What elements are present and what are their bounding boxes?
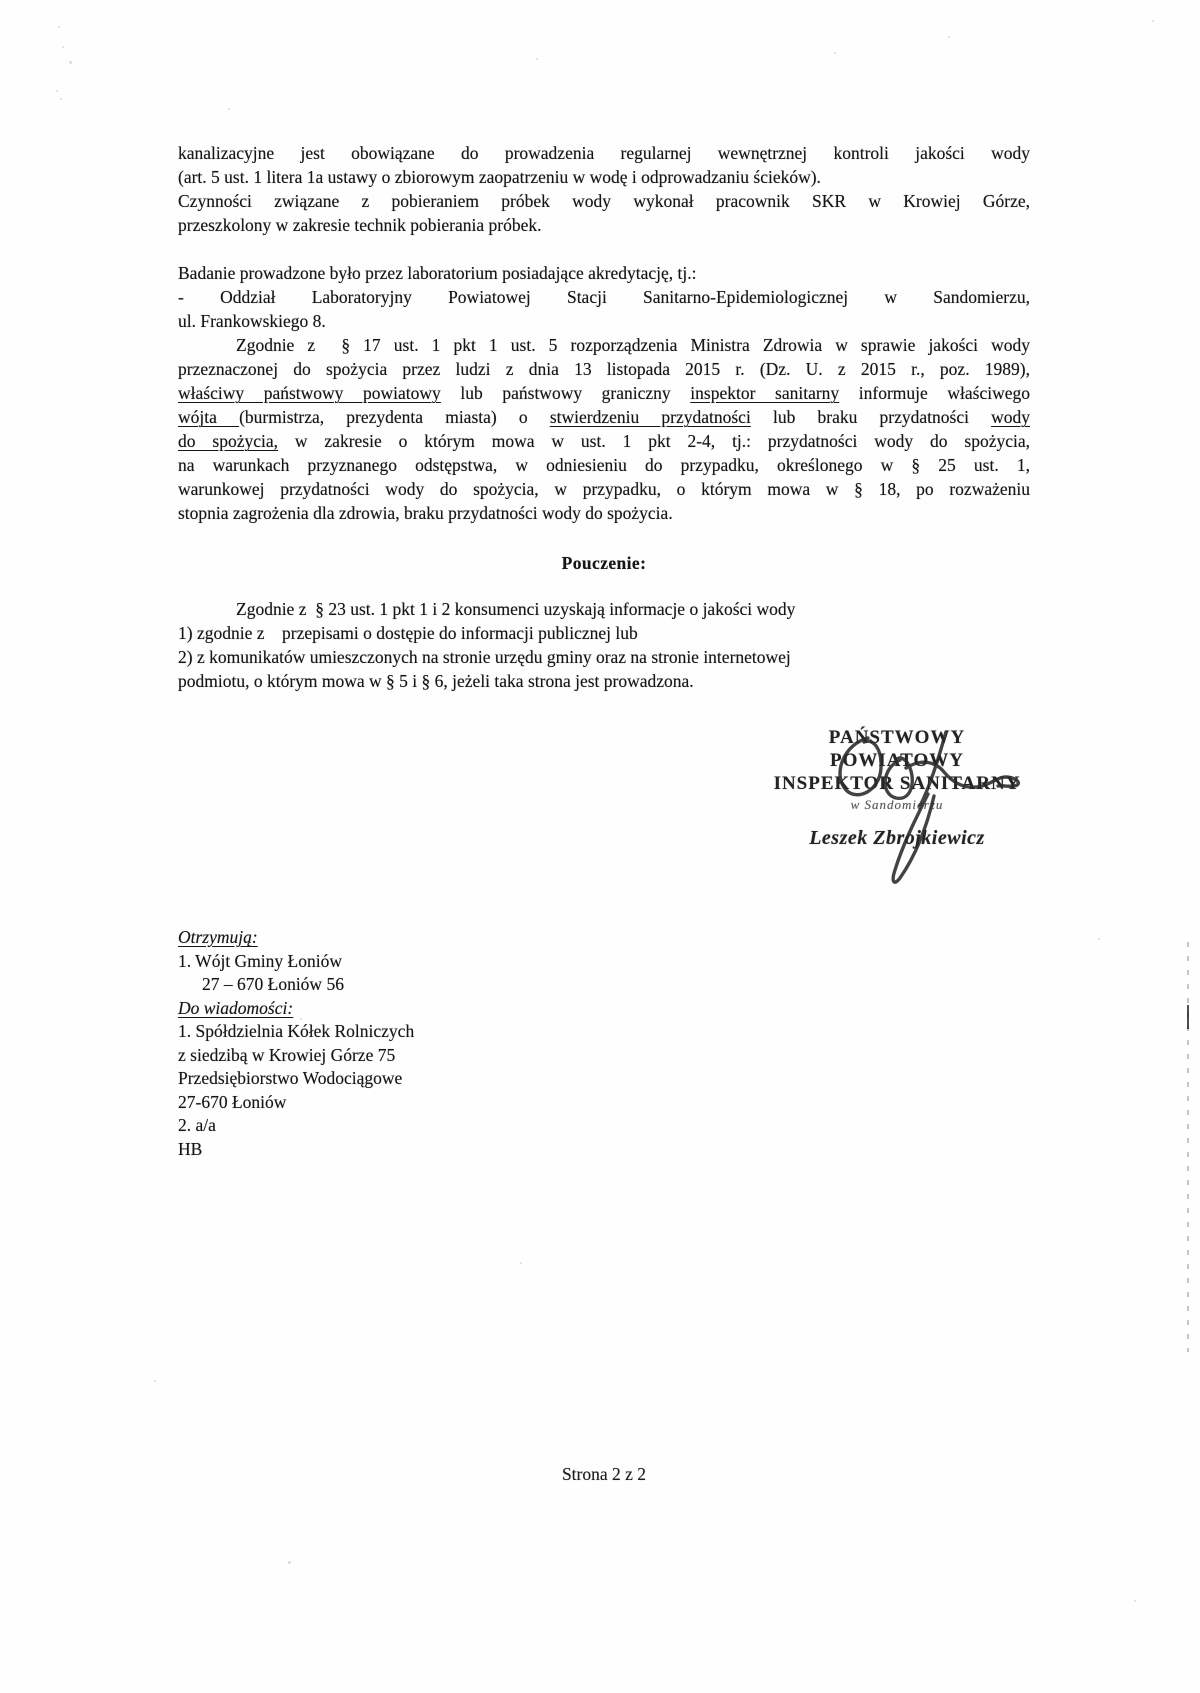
scan-artifact-mark — [1187, 1005, 1189, 1029]
text-segment: Zgodnie z § 23 ust. 1 pkt 1 i 2 konsumen… — [236, 599, 795, 619]
text-segment: stopnia zagrożenia dla zdrowia, braku pr… — [178, 503, 673, 523]
paragraph: Badanie prowadzone było przez laboratori… — [178, 261, 1030, 333]
paragraph: kanalizacyjne jest obowiązane do prowadz… — [178, 141, 1030, 237]
text-segment: warunkowej przydatności wody do spożycia… — [178, 479, 1030, 499]
scan-speck — [62, 46, 64, 48]
text-segment: lub braku przydatności — [751, 407, 991, 427]
recipient-line: 1. Spółdzielnia Kółek Rolniczych — [178, 1020, 414, 1044]
scan-speck — [228, 108, 230, 110]
text-segment: - Oddział Laboratoryjny Powiatowej Stacj… — [178, 287, 1030, 307]
text-line: Badanie prowadzone było przez laboratori… — [178, 261, 1030, 285]
text-line: kanalizacyjne jest obowiązane do prowadz… — [178, 141, 1030, 165]
paragraph: Zgodnie z § 17 ust. 1 pkt 1 ust. 5 rozpo… — [178, 333, 1030, 525]
page-number: Strona 2 z 2 — [0, 1464, 1200, 1485]
scan-speck — [1098, 938, 1100, 940]
text-line: Zgodnie z § 17 ust. 1 pkt 1 ust. 5 rozpo… — [178, 333, 1030, 357]
text-segment: Badanie prowadzone było przez laboratori… — [178, 263, 696, 283]
recipient-section-heading: Do wiadomości: — [178, 997, 414, 1021]
scan-speck — [56, 90, 58, 92]
text-segment: w zakresie o którym mowa w ust. 1 pkt 2-… — [278, 431, 1030, 451]
underlined-text: wody — [991, 407, 1030, 427]
text-line: do spożycia, w zakresie o którym mowa w … — [178, 429, 1030, 453]
text-segment: kanalizacyjne jest obowiązane do prowadz… — [178, 143, 1030, 163]
text-segment: ul. Frankowskiego 8. — [178, 311, 326, 331]
recipient-line: z siedzibą w Krowiej Górze 75 — [178, 1044, 414, 1068]
underlined-text: właściwy państwowy powiatowy — [178, 383, 441, 403]
scan-speck — [948, 36, 950, 38]
text-line: właściwy państwowy powiatowy lub państwo… — [178, 381, 1030, 405]
text-segment: lub państwowy graniczny — [441, 383, 691, 403]
text-line: Zgodnie z § 23 ust. 1 pkt 1 i 2 konsumen… — [178, 597, 1030, 621]
text-segment: na warunkach przyznanego odstępstwa, w o… — [178, 455, 1030, 475]
text-line: ul. Frankowskiego 8. — [178, 309, 1030, 333]
text-segment: przeznaczonej do spożycia przez ludzi z … — [178, 359, 1030, 379]
scan-speck — [288, 1561, 291, 1564]
scan-speck — [154, 1380, 156, 1382]
text-line: przeznaczonej do spożycia przez ludzi z … — [178, 357, 1030, 381]
handwritten-signature — [788, 698, 1028, 890]
text-line: na warunkach przyznanego odstępstwa, w o… — [178, 453, 1030, 477]
text-line: 1) zgodnie z przepisami o dostępie do in… — [178, 621, 1030, 645]
text-line: Czynności związane z pobieraniem próbek … — [178, 189, 1030, 213]
text-segment: (art. 5 ust. 1 litera 1a ustawy o zbioro… — [178, 167, 821, 187]
text-line: stopnia zagrożenia dla zdrowia, braku pr… — [178, 501, 1030, 525]
scan-speck — [520, 1262, 522, 1264]
scan-speck — [536, 58, 538, 60]
recipient-line: HB — [178, 1138, 414, 1162]
scan-speck — [1152, 20, 1154, 22]
recipient-line: Przedsiębiorstwo Wodociągowe — [178, 1067, 414, 1091]
text-segment: 2) z komunikatów umieszczonych na stroni… — [178, 647, 791, 667]
scan-speck — [1134, 1600, 1136, 1602]
text-segment: (burmistrza, prezydenta miasta) o — [239, 407, 550, 427]
scan-artifact-line — [1187, 942, 1189, 1352]
text-segment: Zgodnie z § 17 ust. 1 pkt 1 ust. 5 rozpo… — [236, 335, 1030, 355]
scan-speck — [58, 26, 60, 28]
text-line: podmiotu, o którym mowa w § 5 i § 6, jeż… — [178, 669, 1030, 693]
scanned-document-page: kanalizacyjne jest obowiązane do prowadz… — [0, 0, 1200, 1693]
underlined-text: inspektor sanitarny — [690, 383, 839, 403]
text-segment: Czynności związane z pobieraniem próbek … — [178, 191, 1030, 211]
section-heading: Pouczenie: — [178, 551, 1030, 575]
underlined-text: wójta — [178, 407, 239, 427]
text-line: - Oddział Laboratoryjny Powiatowej Stacj… — [178, 285, 1030, 309]
scan-speck — [69, 61, 72, 64]
text-line: warunkowej przydatności wody do spożycia… — [178, 477, 1030, 501]
recipient-line: 1. Wójt Gminy Łoniów — [178, 950, 414, 974]
text-segment: 1) zgodnie z przepisami o dostępie do in… — [178, 623, 638, 643]
recipient-line: 27-670 Łoniów — [178, 1091, 414, 1115]
recipient-section-heading: Otrzymują: — [178, 926, 414, 950]
paragraph: Zgodnie z § 23 ust. 1 pkt 1 i 2 konsumen… — [178, 597, 1030, 693]
recipient-line: 27 – 670 Łoniów 56 — [178, 973, 414, 997]
recipient-line: 2. a/a — [178, 1114, 414, 1138]
text-segment: przeszkolony w zakresie technik pobieran… — [178, 215, 541, 235]
text-segment: informuje właściwego — [839, 383, 1030, 403]
underlined-text: do spożycia, — [178, 431, 278, 451]
document-body: kanalizacyjne jest obowiązane do prowadz… — [178, 141, 1030, 693]
scan-speck — [834, 52, 836, 54]
text-segment: podmiotu, o którym mowa w § 5 i § 6, jeż… — [178, 671, 694, 691]
distribution-list: Otrzymują:1. Wójt Gminy Łoniów27 – 670 Ł… — [178, 926, 414, 1161]
scan-speck — [300, 1018, 302, 1020]
scan-speck — [60, 98, 62, 100]
text-line: wójta (burmistrza, prezydenta miasta) o … — [178, 405, 1030, 429]
text-line: (art. 5 ust. 1 litera 1a ustawy o zbioro… — [178, 165, 1030, 189]
underlined-text: stwierdzeniu przydatności — [550, 407, 751, 427]
text-line: 2) z komunikatów umieszczonych na stroni… — [178, 645, 1030, 669]
text-line: przeszkolony w zakresie technik pobieran… — [178, 213, 1030, 237]
